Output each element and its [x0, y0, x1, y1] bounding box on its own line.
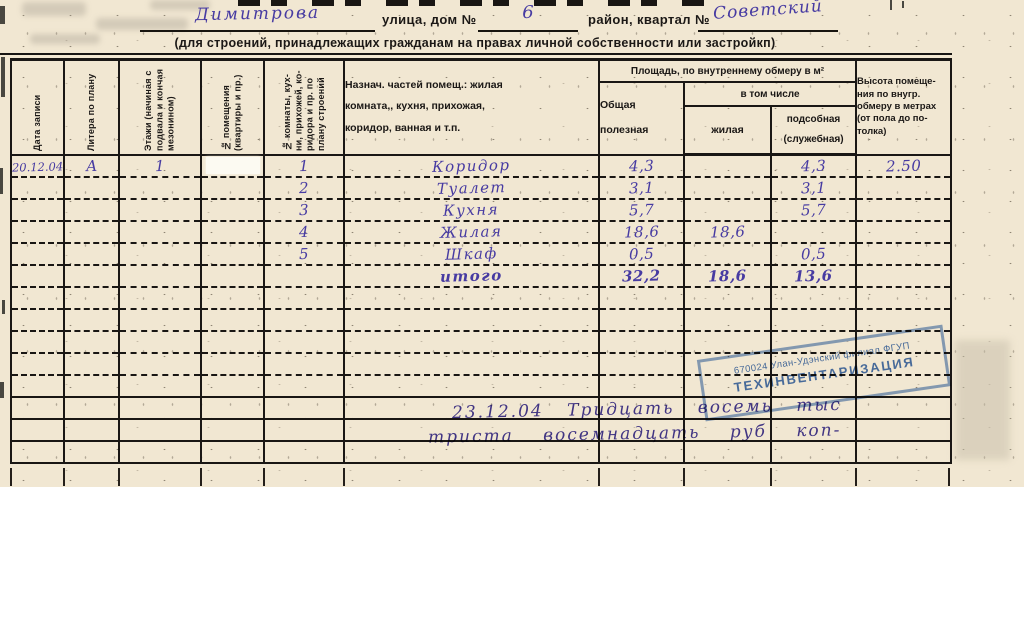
cell-litera	[64, 221, 119, 243]
scan-smudge	[955, 340, 1010, 460]
cell-room: 1	[264, 155, 344, 178]
cell-purpose	[344, 331, 599, 353]
cell-room	[264, 397, 344, 419]
cell-premise	[201, 309, 264, 331]
cell-floor	[119, 441, 201, 463]
cell-floor	[119, 397, 201, 419]
scan-ghost-mark	[22, 2, 86, 16]
cell-room	[264, 331, 344, 353]
house-number-field: 6	[478, 2, 578, 32]
cell-height	[856, 419, 951, 441]
cell-floor	[119, 287, 201, 309]
cell-premise	[201, 155, 264, 178]
cell-date	[11, 397, 64, 419]
table-row	[11, 287, 951, 309]
cell-floor	[119, 419, 201, 441]
cell-floor: 1	[119, 155, 201, 178]
cell-premise	[201, 221, 264, 243]
cell-litera	[64, 287, 119, 309]
district-label: район, квартал №	[588, 12, 710, 27]
cell-total: 3,1	[599, 177, 684, 199]
cell-height	[856, 441, 951, 463]
header-area-group: Площадь, по внутреннему обмеру в м²	[599, 60, 856, 83]
cell-total: 18,6	[599, 221, 684, 243]
cell-date	[11, 353, 64, 375]
cell-height	[856, 287, 951, 309]
cell-floor	[119, 353, 201, 375]
cell-living	[684, 287, 771, 309]
cell-purpose	[344, 287, 599, 309]
cell-litera	[64, 331, 119, 353]
cell-purpose	[344, 309, 599, 331]
cell-aux	[771, 309, 856, 331]
cell-date	[11, 243, 64, 265]
cell-purpose: Туалет	[344, 177, 599, 199]
cell-purpose: Жилая	[344, 221, 599, 243]
scan-edge-mark	[0, 168, 3, 194]
scan-edge-mark	[902, 1, 904, 8]
cell-litera	[64, 265, 119, 287]
scan-edge-mark	[890, 0, 892, 10]
cell-height	[856, 221, 951, 243]
cell-total: 5,7	[599, 199, 684, 221]
cell-room: 4	[264, 221, 344, 243]
cell-floor	[119, 309, 201, 331]
cell-date	[11, 177, 64, 199]
cell-litera	[64, 397, 119, 419]
scan-edge-mark	[2, 300, 5, 314]
horizontal-rule	[0, 53, 952, 55]
cell-premise	[201, 287, 264, 309]
cell-litera	[64, 309, 119, 331]
cell-total	[599, 353, 684, 375]
header-purpose: Назнач. частей помещ.: жилая комната,, к…	[344, 60, 599, 155]
cell-purpose: Коридор	[344, 155, 599, 178]
cell-height	[856, 177, 951, 199]
header-litera: Литера по плану	[64, 60, 119, 155]
cell-total: 32,2	[599, 265, 684, 287]
table-row: 4Жилая18,618,6	[11, 221, 951, 243]
cell-total: 0,5	[599, 243, 684, 265]
cell-height	[856, 199, 951, 221]
scan-edge-mark	[0, 382, 4, 398]
cell-litera: А	[64, 155, 119, 178]
cell-height: 2.50	[856, 155, 951, 178]
cell-living	[684, 177, 771, 199]
cell-date	[11, 309, 64, 331]
cell-purpose	[344, 353, 599, 375]
cell-date	[11, 419, 64, 441]
cell-floor	[119, 375, 201, 397]
district-value: Советский	[712, 0, 823, 24]
table-row: 2Туалет3,13,1	[11, 177, 951, 199]
cell-living: 18,6	[684, 265, 771, 287]
cell-litera	[64, 375, 119, 397]
cell-living	[684, 243, 771, 265]
cell-total	[599, 309, 684, 331]
cell-living	[684, 331, 771, 353]
cell-purpose: Кухня	[344, 199, 599, 221]
cell-premise	[201, 177, 264, 199]
district-field: Советский	[698, 0, 838, 32]
header-premise-no: № помещения (квартиры и пр.)	[201, 60, 264, 155]
cell-date	[11, 331, 64, 353]
cell-living	[684, 155, 771, 178]
cell-date	[11, 287, 64, 309]
header-floors: Этажи (начиная с подвала и кончая мезони…	[119, 60, 201, 155]
cell-floor	[119, 199, 201, 221]
cell-floor	[119, 177, 201, 199]
cell-total	[599, 287, 684, 309]
table-row: 3Кухня5,75,7	[11, 199, 951, 221]
cell-height	[856, 397, 951, 419]
whiteout-patch	[206, 157, 260, 174]
cell-room	[264, 265, 344, 287]
cell-date: 20.12.04	[11, 155, 64, 178]
cell-living	[684, 199, 771, 221]
cell-premise	[201, 441, 264, 463]
cell-premise	[201, 419, 264, 441]
form-subtitle: (для строений, принадлежащих гражданам н…	[0, 36, 950, 50]
cell-height	[856, 265, 951, 287]
cell-premise	[201, 353, 264, 375]
header-room-no: № комнаты, кух- ни, прихожей, ко- ридора…	[264, 60, 344, 155]
header-including: в том числе	[684, 82, 856, 106]
cell-room	[264, 287, 344, 309]
scan-edge-mark	[0, 6, 5, 24]
cell-total: 4,3	[599, 155, 684, 178]
cell-floor	[119, 221, 201, 243]
cell-premise	[201, 265, 264, 287]
cell-aux: 4,3	[771, 155, 856, 178]
cell-date	[11, 375, 64, 397]
header-height: Высота помеще- ния по внугр. обмеру в ме…	[856, 60, 951, 155]
cell-aux	[771, 221, 856, 243]
header-living-area: жилая	[684, 106, 771, 155]
cell-room: 3	[264, 199, 344, 221]
cell-premise	[201, 243, 264, 265]
cell-aux: 0,5	[771, 243, 856, 265]
cell-living: 18,6	[684, 221, 771, 243]
cell-date	[11, 221, 64, 243]
cell-litera	[64, 177, 119, 199]
cell-floor	[119, 265, 201, 287]
header-date: Дата записи	[11, 60, 64, 155]
header-auxiliary-area: подсобная (служебная)	[771, 106, 856, 155]
cell-purpose	[344, 375, 599, 397]
table-row: 5Шкаф0,50,5	[11, 243, 951, 265]
cell-room	[264, 419, 344, 441]
cell-height	[856, 243, 951, 265]
street-name-field: Димитрова	[140, 4, 375, 32]
cell-premise	[201, 331, 264, 353]
header-total-area: Общая полезная	[599, 82, 684, 155]
cell-premise	[201, 199, 264, 221]
table-row: 20.12.04А11Коридор4,34,32.50	[11, 155, 951, 178]
cell-litera	[64, 441, 119, 463]
cell-floor	[119, 331, 201, 353]
cell-aux	[771, 441, 856, 463]
cell-room	[264, 353, 344, 375]
cell-total	[599, 331, 684, 353]
column-line-stubs	[10, 468, 952, 486]
cell-premise	[201, 397, 264, 419]
street-label: улица, дом №	[382, 12, 476, 27]
cell-date	[11, 265, 64, 287]
cell-litera	[64, 353, 119, 375]
cell-room: 2	[264, 177, 344, 199]
cell-litera	[64, 419, 119, 441]
house-number-value: 6	[522, 2, 533, 23]
cell-litera	[64, 199, 119, 221]
table-row	[11, 309, 951, 331]
cell-total	[599, 375, 684, 397]
cell-living	[684, 441, 771, 463]
cell-floor	[119, 243, 201, 265]
cell-room	[264, 441, 344, 463]
cell-living	[684, 309, 771, 331]
table-row: итого32,218,613,6	[11, 265, 951, 287]
cell-aux: 5,7	[771, 199, 856, 221]
street-name-value: Димитрова	[195, 3, 320, 25]
cell-purpose: итого	[344, 265, 599, 287]
cell-aux: 13,6	[771, 265, 856, 287]
cell-aux: 3,1	[771, 177, 856, 199]
cell-date	[11, 199, 64, 221]
scanned-document-page: Димитрова улица, дом № 6 район, квартал …	[0, 0, 1024, 644]
cell-premise	[201, 375, 264, 397]
cell-aux	[771, 287, 856, 309]
cell-room	[264, 309, 344, 331]
cell-room: 5	[264, 243, 344, 265]
cell-purpose: Шкаф	[344, 243, 599, 265]
cell-date	[11, 441, 64, 463]
cell-litera	[64, 243, 119, 265]
cell-room	[264, 375, 344, 397]
scan-edge-mark	[1, 57, 5, 97]
